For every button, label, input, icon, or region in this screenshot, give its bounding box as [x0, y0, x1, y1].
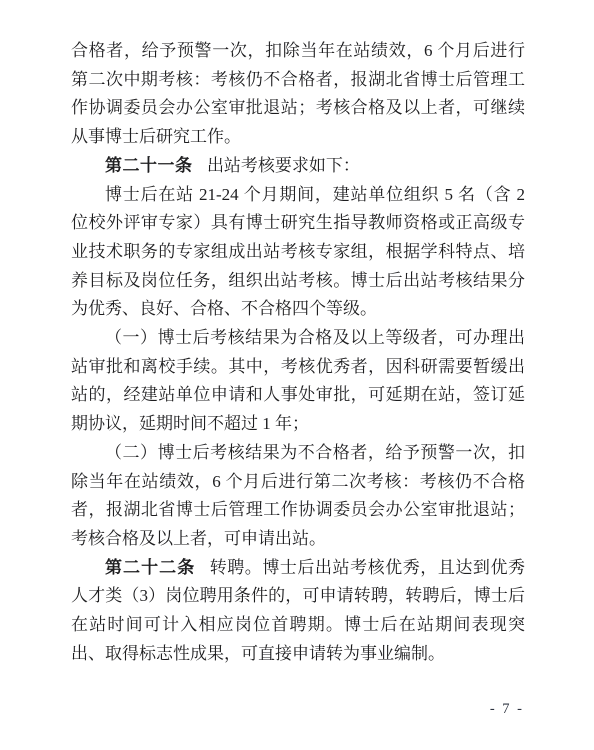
article-21-number: 第二十一条: [105, 156, 193, 175]
page-footer: - 7 -: [0, 700, 524, 718]
article-22-paragraph: 第二十二条转聘。博士后出站考核优秀，且达到优秀人才类（3）岗位聘用条件的，可申请…: [71, 554, 525, 669]
page-number: - 7 -: [490, 701, 524, 717]
article-21-title-text: 出站考核要求如下：: [207, 156, 360, 175]
paragraph-item-one: （一）博士后考核结果为合格及以上等级者，可办理出站审批和离校手续。其中，考核优秀…: [71, 324, 525, 439]
document-body: 合格者，给予预警一次，扣除当年在站绩效，6 个月后进行第二次中期考核：考核仍不合…: [71, 37, 525, 668]
paragraph-item-two: （二）博士后考核结果为不合格者，给予预警一次，扣除当年在站绩效，6 个月后进行第…: [71, 439, 525, 554]
document-page: 合格者，给予预警一次，扣除当年在站绩效，6 个月后进行第二次中期考核：考核仍不合…: [0, 0, 594, 750]
paragraph-continuation: 合格者，给予预警一次，扣除当年在站绩效，6 个月后进行第二次中期考核：考核仍不合…: [71, 37, 525, 152]
article-22-number: 第二十二条: [105, 558, 195, 577]
paragraph-exit-assessment-panel: 博士后在站 21-24 个月期间，建站单位组织 5 名（含 2 位校外评审专家）…: [71, 181, 525, 325]
article-21-heading-line: 第二十一条出站考核要求如下：: [71, 152, 525, 181]
